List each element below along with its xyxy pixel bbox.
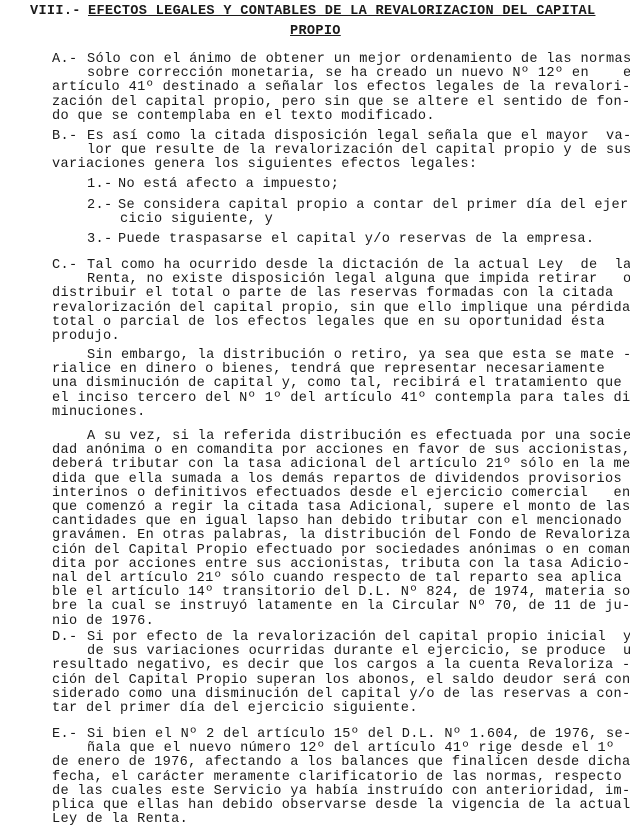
list-item-text: No está afecto a impuesto; <box>118 178 339 192</box>
paragraph-c2-line: una disminución de capital y, como tal, … <box>52 377 622 391</box>
paragraph-c3-line: bre la cual se instruyó latamente en la … <box>52 600 630 614</box>
paragraph-c-line: Renta, no existe disposición legal algun… <box>87 273 630 287</box>
paragraph-d-line: de sus variaciones ocurridas durante el … <box>87 645 630 659</box>
paragraph-c3-line: que comenzó a regir la citada tasa Adici… <box>52 501 630 515</box>
section-title-continued: PROPIO <box>290 25 341 39</box>
paragraph-label-a: A.- <box>52 53 78 67</box>
paragraph-a-line: artículo 41º destinado a señalar los efe… <box>52 81 630 95</box>
paragraph-c-line: distribuir el total o parte de las reser… <box>52 287 614 301</box>
paragraph-d-line: Si por efecto de la revalorización del c… <box>87 631 630 645</box>
paragraph-c-line: total o parcial de los efectos legales q… <box>52 316 605 330</box>
paragraph-c3-line: ción del Capital Propio efectuado por so… <box>52 544 630 558</box>
paragraph-c3-line: deberá tributar con la tasa adicional de… <box>52 458 630 472</box>
section-number: VIII.- <box>30 5 81 19</box>
list-item-text: Se considera capital propio a contar del… <box>118 199 628 213</box>
paragraph-c-line: produjo. <box>52 330 120 344</box>
paragraph-e-line: Si bien el Nº 2 del artículo 15º del D.L… <box>87 728 630 742</box>
paragraph-label-d: D.- <box>52 631 78 645</box>
paragraph-e-line: de las cuales este Servicio ya había ins… <box>52 785 630 799</box>
paragraph-d-line: tar del primer día del ejercicio siguien… <box>52 702 418 716</box>
paragraph-a-line: Sólo con el ánimo de obtener un mejor or… <box>87 53 630 67</box>
paragraph-c3-line: interinos o definitivos efectuados desde… <box>52 487 630 501</box>
paragraph-c2-line: Sin embargo, la distribución o retiro, y… <box>87 349 630 363</box>
paragraph-c-line: Tal como ha ocurrido desde la dictación … <box>87 259 630 273</box>
paragraph-e-line: fecha, el carácter meramente clarificato… <box>52 771 622 785</box>
paragraph-c3-line: gravámen. En otras palabras, la distribu… <box>52 529 630 543</box>
section-title: EFECTOS LEGALES Y CONTABLES DE LA REVALO… <box>88 5 595 19</box>
paragraph-b-line: lor que resulte de la revalorización del… <box>87 144 630 158</box>
paragraph-c2-line: el inciso tercero del Nº 1º del artículo… <box>52 392 630 406</box>
list-item-number: 2.- <box>87 199 113 213</box>
paragraph-e-line: plica que ellas han debido observarse de… <box>52 799 630 813</box>
paragraph-c3-line: cantidades que en igual lapso han debido… <box>52 515 622 529</box>
paragraph-label-b: B.- <box>52 130 78 144</box>
paragraph-c3-line: nio de 1976. <box>52 615 154 629</box>
paragraph-label-c: C.- <box>52 259 78 273</box>
paragraph-a-line: zación del capital propio, pero sin que … <box>52 96 630 110</box>
paragraph-e-line: Ley de la Renta. <box>52 813 188 827</box>
paragraph-c3-line: A su vez, si la referida distribución es… <box>87 430 630 444</box>
paragraph-a-line: do que se contemplaba en el texto modifi… <box>52 110 435 124</box>
paragraph-c-line: revalorización del capital propio, sin q… <box>52 302 630 316</box>
paragraph-label-e: E.- <box>52 728 78 742</box>
paragraph-c2-line: minuciones. <box>52 406 146 420</box>
paragraph-e-line: ñala que el nuevo número 12º del artícul… <box>87 742 614 756</box>
list-item-text: Puede traspasarse el capital y/o reserva… <box>118 233 594 247</box>
list-item-number: 1.- <box>87 178 113 192</box>
paragraph-d-line: ción del Capital Propio superan los abon… <box>52 674 630 688</box>
paragraph-d-line: siderado como una disminución del capita… <box>52 688 630 702</box>
paragraph-c2-line: rialice en dinero o bienes, tendrá que r… <box>52 363 605 377</box>
paragraph-c3-line: dita por acciones entre sus accionistas,… <box>52 558 630 572</box>
list-item-number: 3.- <box>87 233 113 247</box>
paragraph-c3-line: nal del artículo 21º sólo cuando respect… <box>52 572 630 586</box>
paragraph-c3-line: dida que ella sumada a los demás reparto… <box>52 473 622 487</box>
paragraph-b-line: Es así como la citada disposición legal … <box>87 130 630 144</box>
paragraph-b-line: variaciones genera los siguientes efecto… <box>52 158 477 172</box>
paragraph-e-line: de enero de 1976, afectando a los balanc… <box>52 756 630 770</box>
list-item-text: cicio siguiente, y <box>120 213 273 227</box>
paragraph-d-line: resultado negativo, es decir que los car… <box>52 659 630 673</box>
